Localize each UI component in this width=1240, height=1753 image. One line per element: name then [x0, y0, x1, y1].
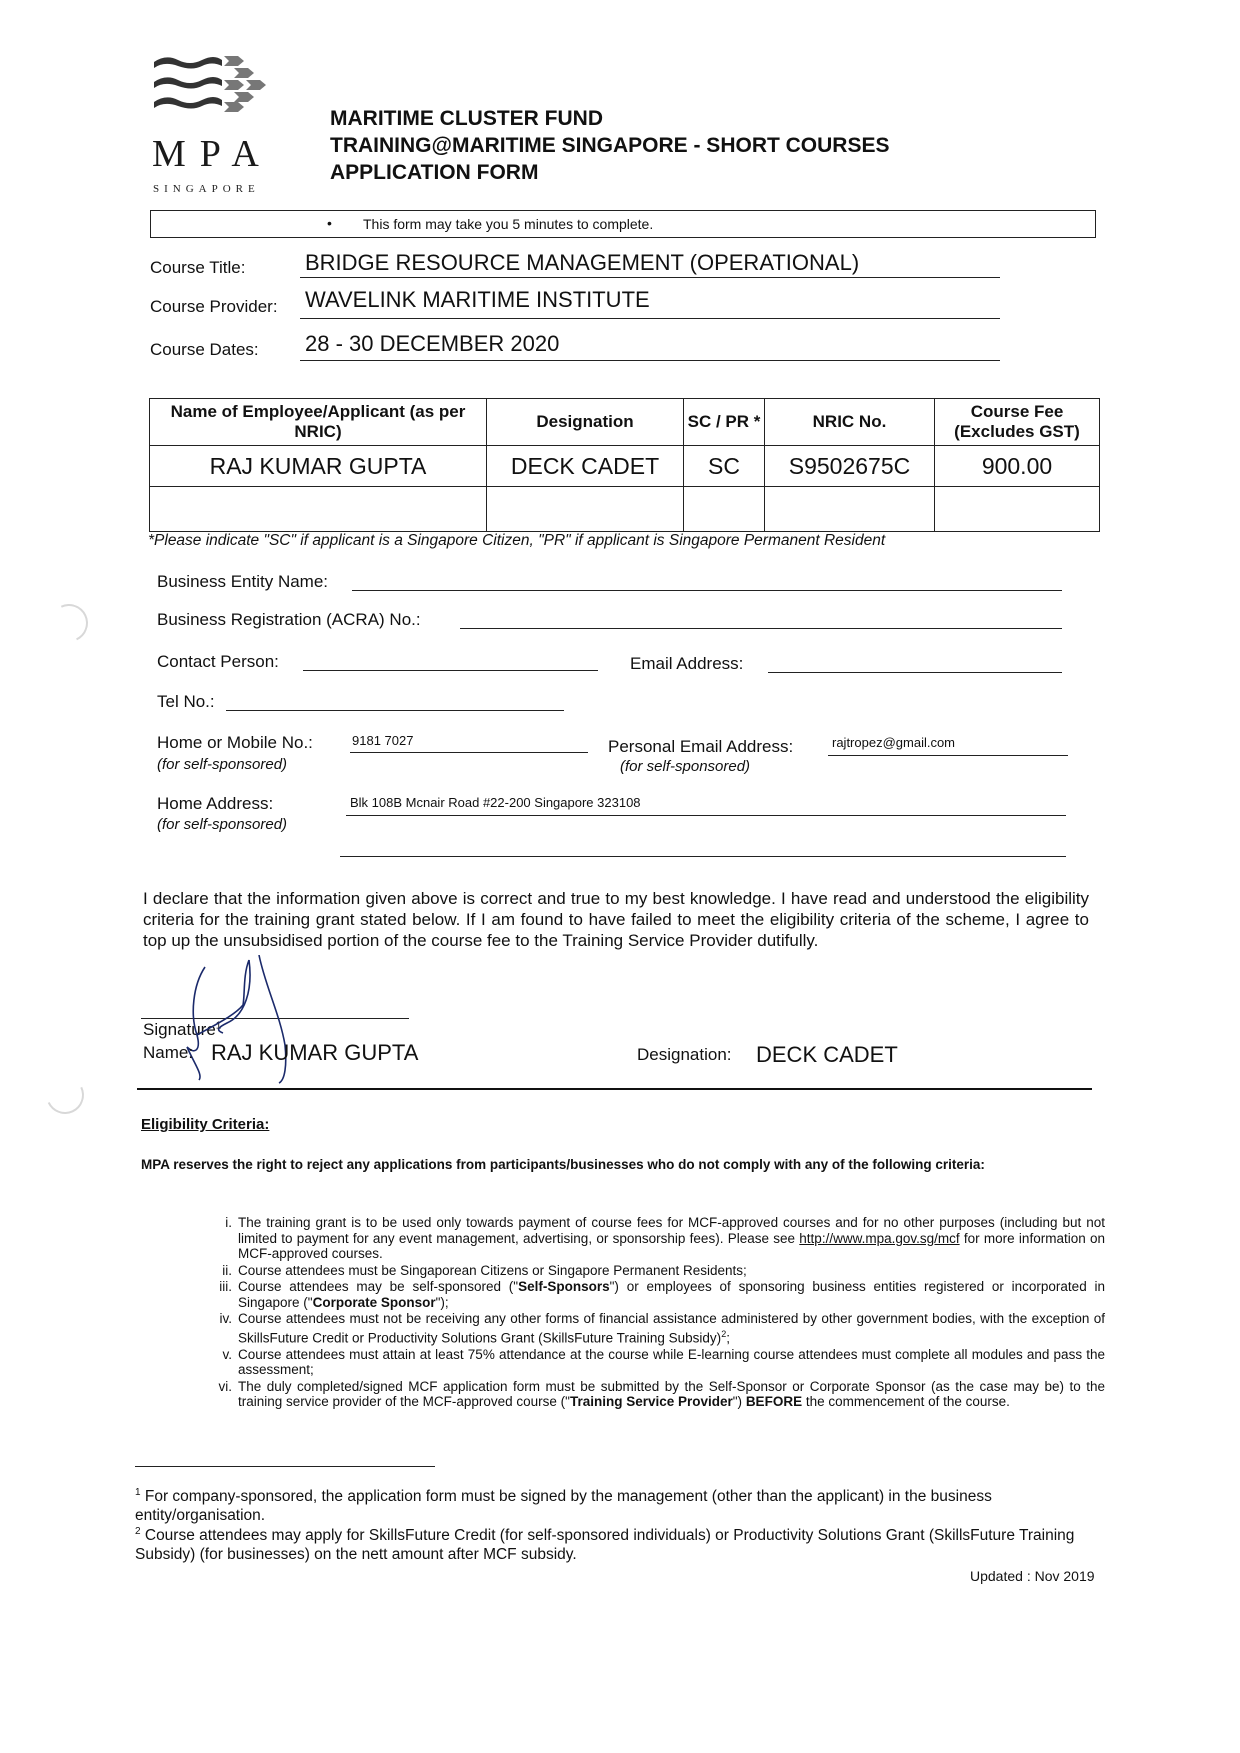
- col-header-designation: Designation: [487, 399, 684, 446]
- logo-subtext: SINGAPORE: [153, 183, 260, 195]
- email-address-field[interactable]: [768, 672, 1062, 673]
- col-header-sc-pr: SC / PR *: [684, 399, 765, 446]
- course-provider-underline: [300, 318, 1000, 319]
- name-label: Name:: [143, 1043, 193, 1063]
- col-header-name: Name of Employee/Applicant (as per NRIC): [150, 399, 487, 446]
- designation-value[interactable]: DECK CADET: [756, 1042, 898, 1068]
- col-header-course-fee: Course Fee (Excludes GST): [935, 399, 1100, 446]
- criteria-text: Course attendees must be Singaporean Cit…: [238, 1263, 747, 1278]
- personal-email-label: Personal Email Address:: [608, 737, 793, 757]
- cell-sc-pr[interactable]: [684, 487, 765, 532]
- personal-email-sub-label: (for self-sponsored): [620, 758, 750, 775]
- declaration-text: I declare that the information given abo…: [143, 888, 1089, 951]
- criteria-number: iv.: [210, 1311, 232, 1327]
- punch-hole-icon: [41, 1071, 90, 1120]
- mobile-field: [350, 752, 588, 753]
- criteria-bold-term: Self-Sponsors: [518, 1279, 610, 1294]
- bullet: •: [327, 215, 332, 231]
- eligibility-heading: Eligibility Criteria:: [141, 1116, 269, 1133]
- contact-person-label: Contact Person:: [157, 652, 279, 672]
- cell-nric[interactable]: [765, 487, 935, 532]
- home-address-label: Home Address:: [157, 794, 273, 814]
- criteria-item: v. Course attendees must attain at least…: [210, 1347, 1105, 1378]
- mobile-label: Home or Mobile No.:: [157, 733, 313, 753]
- criteria-text: Course attendees must attain at least 75…: [238, 1347, 1105, 1378]
- home-address-field-line-2[interactable]: [340, 856, 1066, 857]
- col-header-nric: NRIC No.: [765, 399, 935, 446]
- course-title-label: Course Title:: [150, 258, 245, 278]
- criteria-item: iv. Course attendees must not be receivi…: [210, 1311, 1105, 1346]
- title-line-2: TRAINING@MARITIME SINGAPORE - SHORT COUR…: [330, 132, 890, 159]
- criteria-item: i. The training grant is to be used only…: [210, 1215, 1105, 1262]
- mcf-link[interactable]: http://www.mpa.gov.sg/mcf: [799, 1231, 959, 1246]
- logo-text: MPA: [152, 132, 273, 176]
- acra-label: Business Registration (ACRA) No.:: [157, 610, 421, 630]
- footnote-separator: [135, 1466, 435, 1467]
- mobile-value[interactable]: 9181 7027: [352, 733, 413, 748]
- eligibility-intro: MPA reserves the right to reject any app…: [141, 1157, 1081, 1173]
- name-value[interactable]: RAJ KUMAR GUPTA: [211, 1040, 418, 1066]
- criteria-text: the commencement of the course.: [802, 1394, 1010, 1409]
- home-address-field-line-1: [346, 815, 1066, 816]
- cell-designation[interactable]: DECK CADET: [487, 446, 684, 487]
- personal-email-field: [828, 755, 1068, 756]
- criteria-item: iii. Course attendees may be self-sponso…: [210, 1279, 1105, 1310]
- cell-course-fee[interactable]: [935, 487, 1100, 532]
- criteria-text: ;: [726, 1330, 730, 1345]
- business-entity-name-label: Business Entity Name:: [157, 572, 328, 592]
- course-provider-label: Course Provider:: [150, 297, 278, 317]
- cell-course-fee[interactable]: 900.00: [935, 446, 1100, 487]
- cell-nric[interactable]: S9502675C: [765, 446, 935, 487]
- criteria-number: vi.: [210, 1379, 232, 1395]
- criteria-number: ii.: [210, 1263, 232, 1279]
- course-title-value[interactable]: BRIDGE RESOURCE MANAGEMENT (OPERATIONAL): [305, 250, 859, 276]
- table-row: [150, 487, 1100, 532]
- criteria-number: i.: [210, 1215, 232, 1231]
- updated-date: Updated : Nov 2019: [970, 1568, 1095, 1584]
- punch-hole-icon: [45, 599, 94, 648]
- title-line-3: APPLICATION FORM: [330, 159, 890, 186]
- criteria-text: Course attendees must not be receiving a…: [238, 1311, 1105, 1345]
- course-provider-value[interactable]: WAVELINK MARITIME INSTITUTE: [305, 287, 650, 313]
- course-dates-underline: [300, 360, 1000, 361]
- table-header-row: Name of Employee/Applicant (as per NRIC)…: [150, 399, 1100, 446]
- section-divider: [137, 1088, 1092, 1090]
- course-dates-label: Course Dates:: [150, 340, 259, 360]
- form-title: MARITIME CLUSTER FUND TRAINING@MARITIME …: [330, 105, 890, 186]
- criteria-bold-term: Corporate Sponsor: [313, 1295, 436, 1310]
- home-address-sub-label: (for self-sponsored): [157, 816, 287, 833]
- sc-pr-footnote: *Please indicate "SC" if applicant is a …: [148, 532, 885, 550]
- applicants-table: Name of Employee/Applicant (as per NRIC)…: [149, 398, 1100, 532]
- completion-note-box: • This form may take you 5 minutes to co…: [150, 210, 1096, 238]
- footnote-text: For company-sponsored, the application f…: [135, 1488, 992, 1524]
- home-address-value[interactable]: Blk 108B Mcnair Road #22-200 Singapore 3…: [350, 795, 641, 810]
- designation-label: Designation:: [637, 1045, 732, 1065]
- table-row: RAJ KUMAR GUPTA DECK CADET SC S9502675C …: [150, 446, 1100, 487]
- cell-sc-pr[interactable]: SC: [684, 446, 765, 487]
- eligibility-criteria-list: i. The training grant is to be used only…: [210, 1215, 1105, 1411]
- criteria-number: v.: [210, 1347, 232, 1363]
- cell-name[interactable]: [150, 487, 487, 532]
- footnote-1: 1 For company-sponsored, the application…: [135, 1483, 1095, 1525]
- completion-note: This form may take you 5 minutes to comp…: [363, 216, 653, 232]
- cell-designation[interactable]: [487, 487, 684, 532]
- criteria-bold-term: Training Service Provider: [570, 1394, 733, 1409]
- criteria-text: ");: [436, 1295, 449, 1310]
- course-title-underline: [300, 277, 1000, 278]
- tel-no-field[interactable]: [226, 710, 564, 711]
- mpa-logo-icon: [150, 50, 290, 200]
- contact-person-field[interactable]: [303, 670, 598, 671]
- tel-no-label: Tel No.:: [157, 692, 215, 712]
- mobile-sub-label: (for self-sponsored): [157, 756, 287, 773]
- personal-email-value[interactable]: rajtropez@gmail.com: [832, 735, 955, 750]
- title-line-1: MARITIME CLUSTER FUND: [330, 105, 890, 132]
- criteria-number: iii.: [210, 1279, 232, 1295]
- acra-field[interactable]: [460, 628, 1062, 629]
- criteria-text: "): [733, 1394, 746, 1409]
- footnote-text: Course attendees may apply for SkillsFut…: [135, 1527, 1074, 1563]
- course-dates-value[interactable]: 28 - 30 DECEMBER 2020: [305, 331, 559, 357]
- footnote-2: 2 Course attendees may apply for SkillsF…: [135, 1522, 1095, 1564]
- business-entity-name-field[interactable]: [352, 590, 1062, 591]
- criteria-item: ii. Course attendees must be Singaporean…: [210, 1263, 1105, 1279]
- email-address-label: Email Address:: [630, 654, 743, 674]
- criteria-item: vi. The duly completed/signed MCF applic…: [210, 1379, 1105, 1410]
- criteria-text: Course attendees may be self-sponsored (…: [238, 1279, 518, 1294]
- cell-name[interactable]: RAJ KUMAR GUPTA: [150, 446, 487, 487]
- criteria-bold-term: BEFORE: [746, 1394, 802, 1409]
